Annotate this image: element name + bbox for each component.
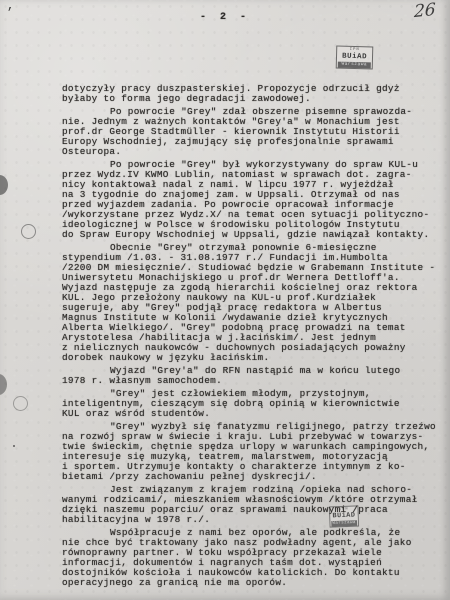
stamp-line-buiad: BUiAD — [338, 53, 371, 62]
paragraph: Po powrocie "Grey" zdał obszerne pisemne… — [62, 107, 448, 157]
paragraph: Po powrocie "Grey" był wykorzystywany do… — [62, 160, 448, 240]
punch-hole-ring — [13, 396, 28, 411]
paragraph: Wyjazd "Grey'a" do RFN nastąpić ma w koń… — [62, 366, 448, 386]
ink-speckle — [13, 445, 15, 447]
punch-hole-ring — [21, 224, 36, 239]
paragraph: Współpracuje z nami bez oporów, ale podk… — [62, 528, 448, 588]
archive-stamp-top: IPN BUiAD Warszawa — [336, 46, 374, 70]
paragraph: Jest związanym z krajem rodziną /opieka … — [62, 485, 448, 525]
document-body: dotyczyły pracy duszpasterskiej. Propozy… — [62, 84, 448, 588]
paragraph: Obecnie "Grey" otrzymał ponownie 6-miesi… — [62, 243, 448, 363]
paragraph: dotyczyły pracy duszpasterskiej. Propozy… — [62, 84, 448, 104]
stamp-line-warszawa: Warszawa — [338, 62, 371, 69]
page-number: - 2 - — [0, 12, 450, 23]
handwritten-page-annotation: 26 — [414, 0, 436, 22]
paragraph: "Grey" wyzbył się fanatyzmu religijnego,… — [62, 422, 448, 482]
paragraph: "Grey" jest człowiekiem młodym, przystoj… — [62, 389, 448, 419]
